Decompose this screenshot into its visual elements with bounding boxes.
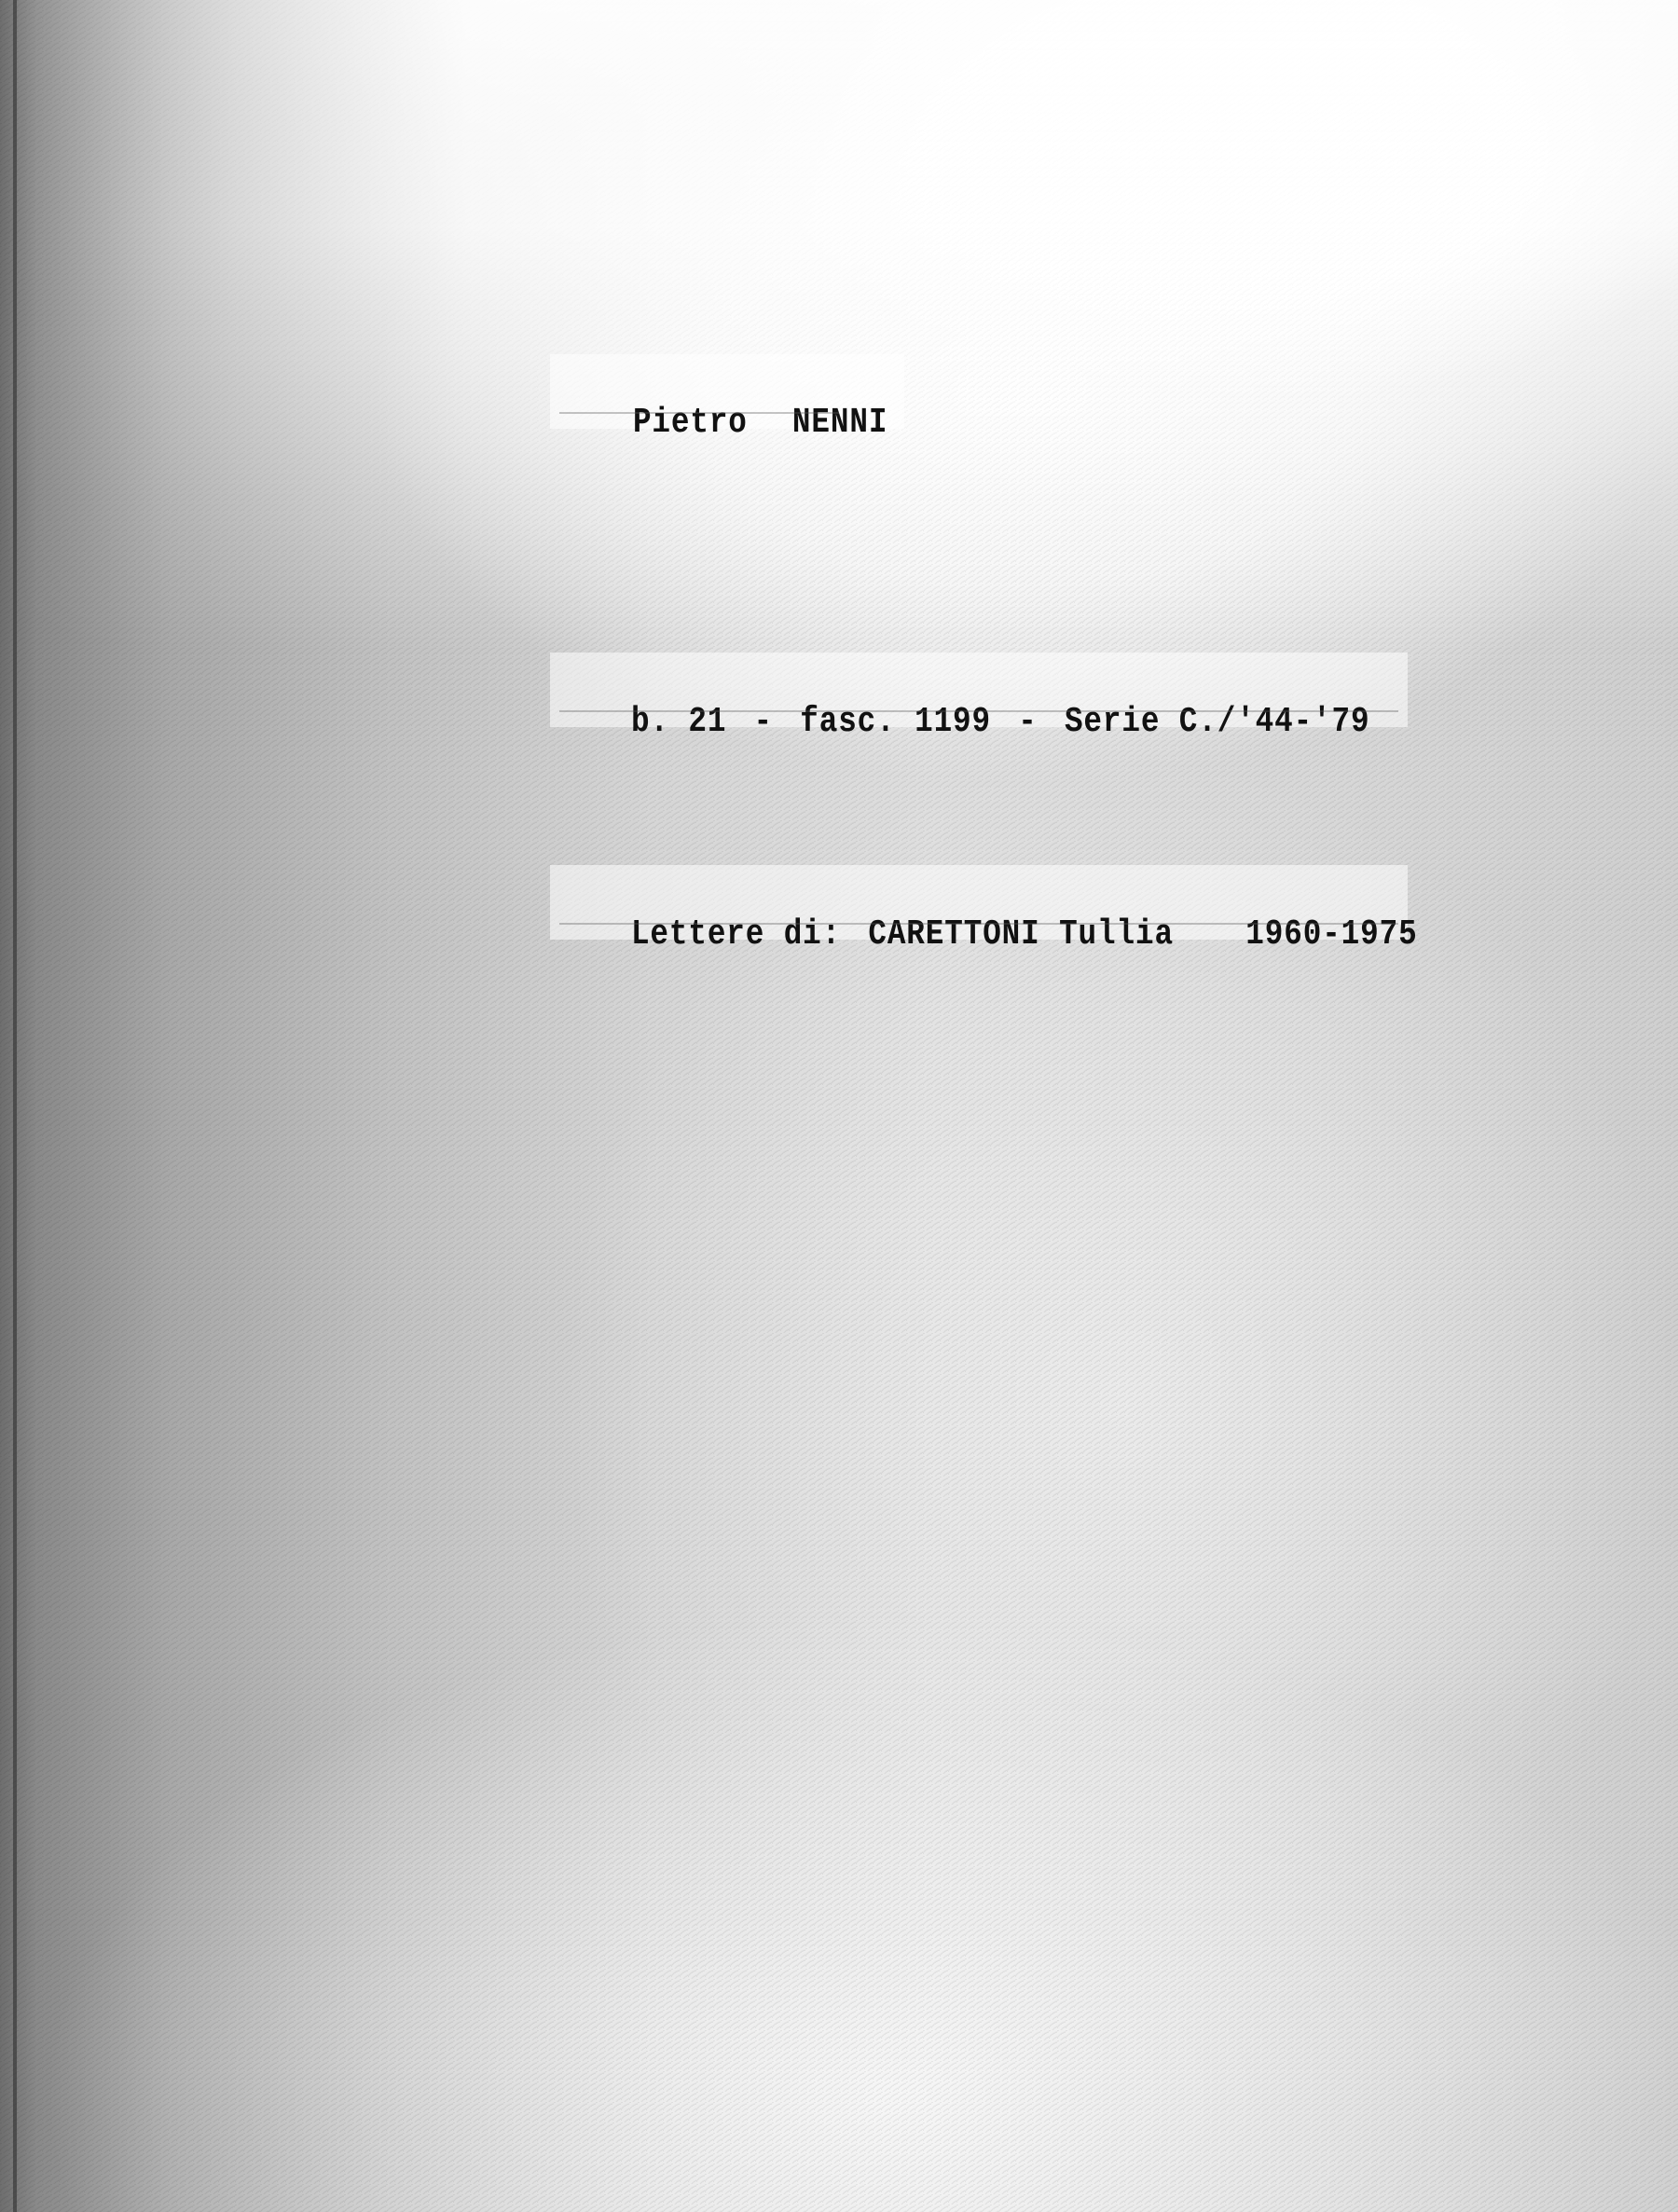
letters-line: Lettere di:CARETTONI Tullia1960-1975 bbox=[593, 882, 1418, 953]
author-last-name: NENNI bbox=[792, 403, 887, 443]
underline-letters bbox=[559, 923, 1398, 925]
underline-reference bbox=[559, 710, 1398, 712]
serie-label: Serie C./'44-'79 bbox=[1065, 702, 1370, 742]
author-first-name: Pietro bbox=[633, 403, 748, 443]
underline-author bbox=[559, 412, 839, 414]
busta-number: b. 21 bbox=[631, 702, 726, 742]
page-edge-shadow bbox=[13, 0, 17, 2212]
correspondent-name: CARETTONI Tullia bbox=[868, 914, 1174, 955]
author-line: PietroNENNI bbox=[595, 370, 887, 441]
date-range: 1960-1975 bbox=[1245, 914, 1417, 955]
paper-highlight bbox=[0, 0, 1678, 653]
fascicolo-number: fasc. 1199 bbox=[800, 702, 991, 742]
separator: - bbox=[1018, 702, 1037, 742]
reference-line: b. 21-fasc. 1199-Serie C./'44-'79 bbox=[593, 669, 1369, 740]
separator: - bbox=[754, 702, 773, 742]
letters-label: Lettere di: bbox=[631, 914, 841, 955]
